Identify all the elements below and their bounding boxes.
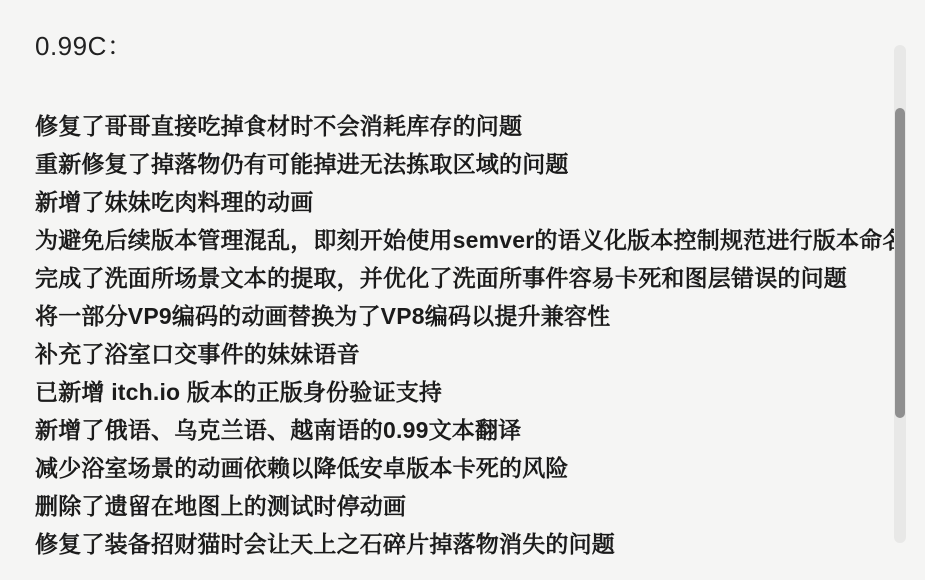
changelog-entry: 完成了洗面所场景文本的提取，并优化了洗面所事件容易卡死和图层错误的问题 xyxy=(35,259,880,297)
changelog-entry: 补充了浴室口交事件的妹妹语音 xyxy=(35,335,880,373)
changelog-entry: 重新修复了掉落物仍有可能掉进无法拣取区域的问题 xyxy=(35,145,880,183)
changelog-entry: 已新增 itch.io 版本的正版身份验证支持 xyxy=(35,373,880,411)
page-root: { "page": { "background_color": "#f5f5f4… xyxy=(0,0,925,580)
scrollbar-thumb[interactable] xyxy=(895,108,905,418)
changelog-entry: 为避免后续版本管理混乱，即刻开始使用semver的语义化版本控制规范进行版本命名 xyxy=(35,221,880,259)
changelog-view: 0.99C： 修复了哥哥直接吃掉食材时不会消耗库存的问题重新修复了掉落物仍有可能… xyxy=(35,0,880,563)
changelog-list: 修复了哥哥直接吃掉食材时不会消耗库存的问题重新修复了掉落物仍有可能掉进无法拣取区… xyxy=(35,107,880,563)
changelog-entry: 修复了装备招财猫时会让天上之石碎片掉落物消失的问题 xyxy=(35,525,880,563)
scrollbar-track[interactable] xyxy=(894,45,906,543)
changelog-entry: 新增了妹妹吃肉料理的动画 xyxy=(35,183,880,221)
changelog-entry: 新增了俄语、乌克兰语、越南语的0.99文本翻译 xyxy=(35,411,880,449)
version-title: 0.99C： xyxy=(35,30,880,62)
changelog-entry: 删除了遗留在地图上的测试时停动画 xyxy=(35,487,880,525)
changelog-entry: 修复了哥哥直接吃掉食材时不会消耗库存的问题 xyxy=(35,107,880,145)
changelog-entry: 将一部分VP9编码的动画替换为了VP8编码以提升兼容性 xyxy=(35,297,880,335)
changelog-entry: 减少浴室场景的动画依赖以降低安卓版本卡死的风险 xyxy=(35,449,880,487)
